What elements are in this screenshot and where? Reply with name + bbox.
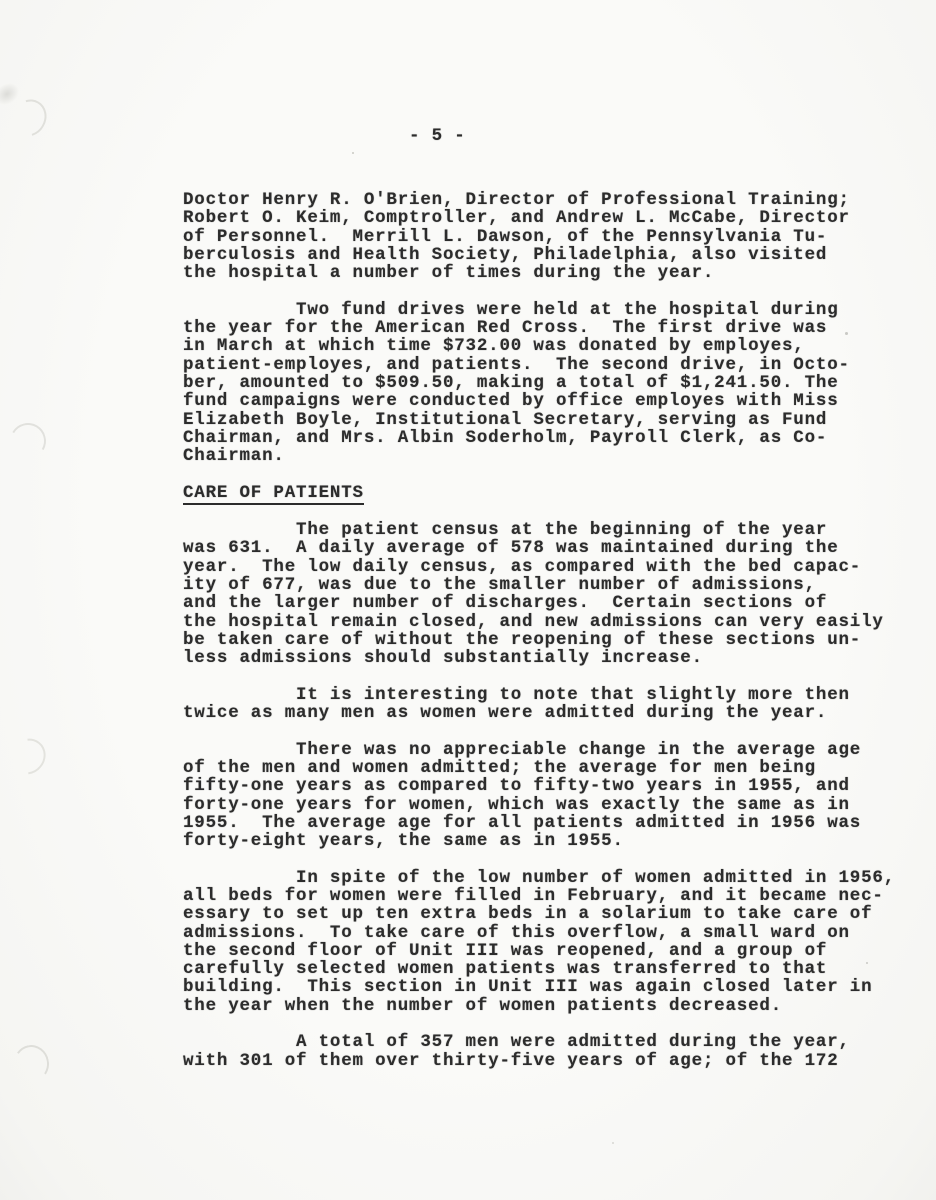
hole-punch-mark	[3, 731, 53, 781]
hole-punch-mark	[11, 1042, 52, 1085]
section-heading-row: CARE OF PATIENTS	[183, 484, 903, 502]
document-body: Doctor Henry R. O'Brien, Director of Pro…	[183, 191, 903, 1088]
page-number: - 5 -	[409, 127, 466, 145]
scan-speck	[612, 1142, 614, 1144]
scanned-document-page: - 5 - Doctor Henry R. O'Brien, Director …	[0, 0, 936, 1200]
paragraph-fund-drives: Two fund drives were held at the hospita…	[183, 301, 903, 466]
hole-punch-mark	[6, 419, 50, 463]
section-heading-care-of-patients: CARE OF PATIENTS	[183, 484, 364, 505]
paragraph-staff-visitors: Doctor Henry R. O'Brien, Director of Pro…	[183, 191, 903, 282]
paragraph-men-admitted: A total of 357 men were admitted during …	[183, 1033, 903, 1070]
scan-speck	[352, 152, 354, 154]
paragraph-admission-ratio: It is interesting to note that slightly …	[183, 686, 903, 723]
paragraph-women-beds: In spite of the low number of women admi…	[183, 869, 903, 1015]
paragraph-average-age: There was no appreciable change in the a…	[183, 741, 903, 851]
paragraph-patient-census: The patient census at the beginning of t…	[183, 521, 903, 667]
